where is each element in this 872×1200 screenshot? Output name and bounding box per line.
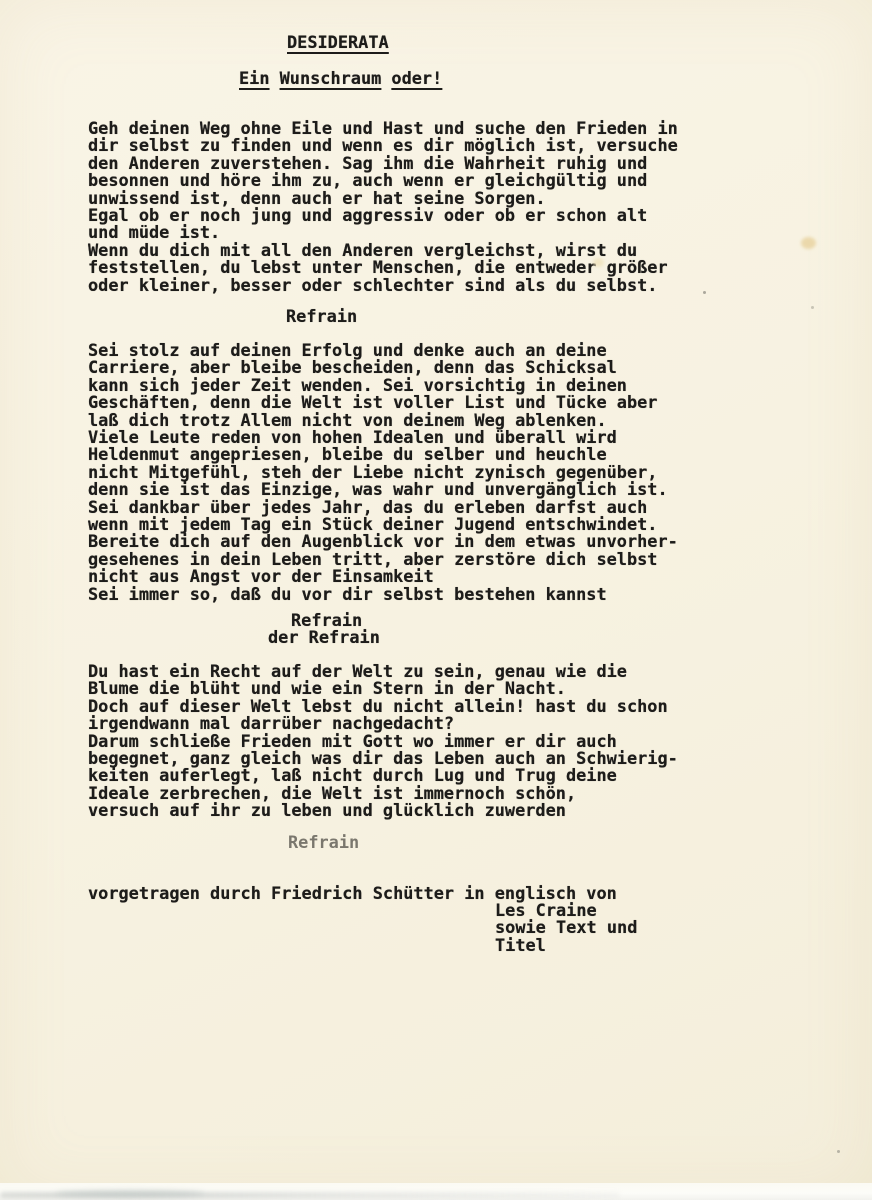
paper-stain-faint <box>593 258 604 267</box>
scanned-document-page: DESIDERATA Ein Wunschraum oder! Geh dein… <box>0 0 872 1200</box>
scanner-smudge-left <box>55 1190 205 1197</box>
credits-right-block: Les Craine sowie Text und Titel <box>495 902 637 954</box>
paper-stain <box>801 237 816 249</box>
subtitle-word-2: Wunschraum <box>280 70 382 87</box>
scanner-edge-strip <box>0 1183 872 1200</box>
paper-speck <box>837 1150 840 1153</box>
stanza-3: Du hast ein Recht auf der Welt zu sein, … <box>88 663 678 820</box>
paper-speck <box>811 306 814 309</box>
document-subtitle: Ein Wunschraum oder! <box>239 70 442 87</box>
refrain-heading-3: Refrain <box>288 834 359 851</box>
subtitle-word-3: oder! <box>391 70 442 87</box>
paper-speck <box>703 291 706 294</box>
stanza-2: Sei stolz auf deinen Erfolg und denke au… <box>88 342 678 603</box>
stanza-1: Geh deinen Weg ohne Eile und Hast und su… <box>88 120 678 294</box>
document-title: DESIDERATA <box>287 34 389 51</box>
refrain-heading-1: Refrain <box>286 308 357 325</box>
subtitle-word-1: Ein <box>239 70 270 87</box>
der-refrain-heading: der Refrain <box>268 629 380 646</box>
